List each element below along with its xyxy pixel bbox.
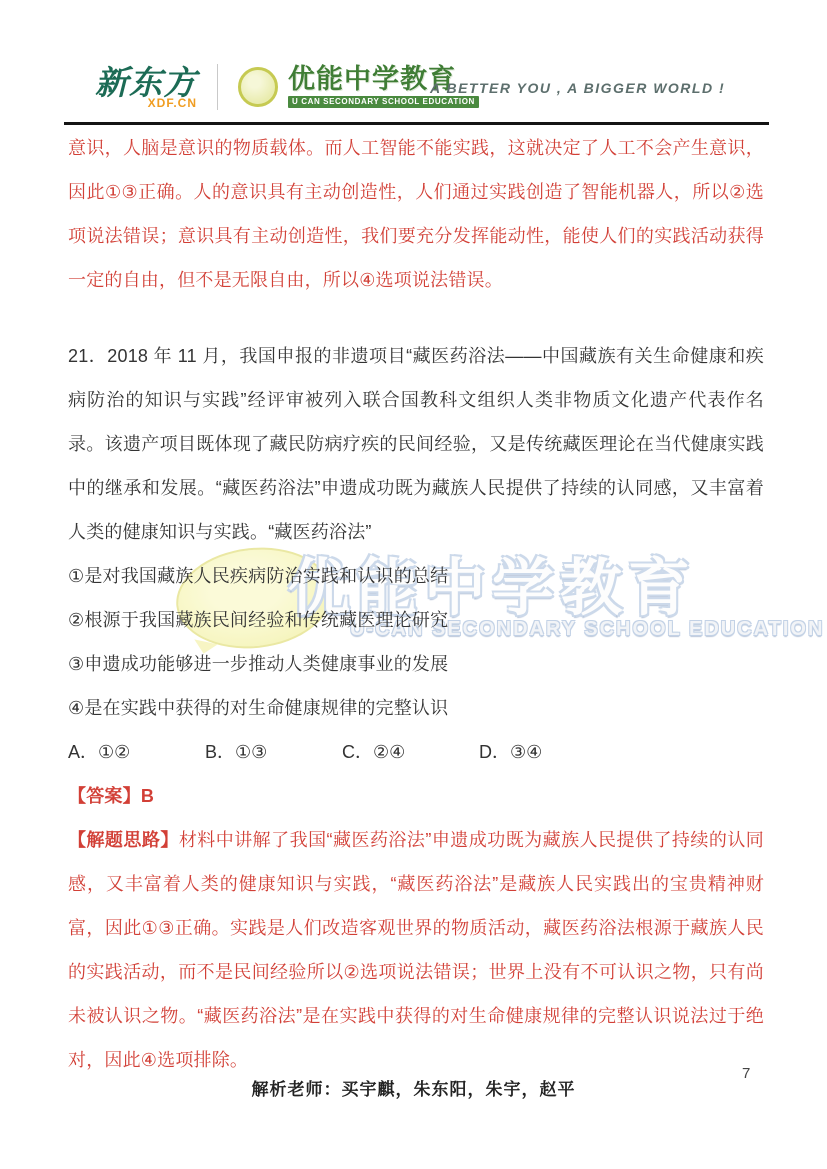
ucan-logo-subtitle: U CAN SECONDARY SCHOOL EDUCATION	[288, 96, 479, 108]
main-content: 意识，人脑是意识的物质载体。而人工智能不能实践，这就决定了人工不会产生意识，因此…	[68, 126, 764, 1082]
question-statement-1: ①是对我国藏族人民疾病防治实践和认识的总结	[68, 554, 764, 598]
choice-b: B．①③	[205, 730, 342, 774]
choice-a: A．①②	[68, 730, 205, 774]
xdf-logo: 新东方 XDF.CN	[95, 66, 197, 109]
answer-value: B	[141, 786, 154, 806]
page-header: 新东方 XDF.CN 优能中学教育 U CAN SECONDARY SCHOOL…	[95, 54, 765, 120]
header-tagline: A BETTER YOU , A BIGGER WORLD !	[430, 80, 725, 96]
choice-c: C．②④	[342, 730, 479, 774]
answer-label: 【答案】	[68, 786, 141, 806]
question-21-stem: 21．2018 年 11 月，我国申报的非遗项目“藏医药浴法——中国藏族有关生命…	[68, 334, 764, 554]
xdf-brand-url: XDF.CN	[95, 97, 197, 109]
logo-divider	[217, 64, 218, 110]
analysis-paragraph: 【解题思路】材料中讲解了我国“藏医药浴法”申遗成功既为藏族人民提供了持续的认同感…	[68, 818, 764, 1082]
header-rule	[64, 122, 769, 125]
question-statement-3: ③申遗成功能够进一步推动人类健康事业的发展	[68, 642, 764, 686]
ucan-badge-icon	[238, 67, 278, 107]
choices-row: A．①② B．①③ C．②④ D．③④	[68, 730, 764, 774]
analysis-label: 【解题思路】	[68, 830, 179, 850]
answer-line: 【答案】B	[68, 774, 764, 818]
xdf-brand-name: 新东方	[95, 66, 197, 99]
choice-d: D．③④	[479, 730, 542, 774]
analysis-text: 材料中讲解了我国“藏医药浴法”申遗成功既为藏族人民提供了持续的认同感，又丰富着人…	[68, 830, 764, 1070]
question-statement-4: ④是在实践中获得的对生命健康规律的完整认识	[68, 686, 764, 730]
question-statement-2: ②根源于我国藏族民间经验和传统藏医理论研究	[68, 598, 764, 642]
previous-answer-analysis-text: 意识，人脑是意识的物质载体。而人工智能不能实践，这就决定了人工不会产生意识，因此…	[68, 126, 764, 302]
document-page: 优能中学教育 U-CAN SECONDARY SCHOOL EDUCATION …	[0, 0, 827, 1169]
footer-teachers: 解析老师：买宇麒，朱东阳，朱宇，赵平	[0, 1075, 827, 1100]
page-number: 7	[742, 1065, 750, 1082]
